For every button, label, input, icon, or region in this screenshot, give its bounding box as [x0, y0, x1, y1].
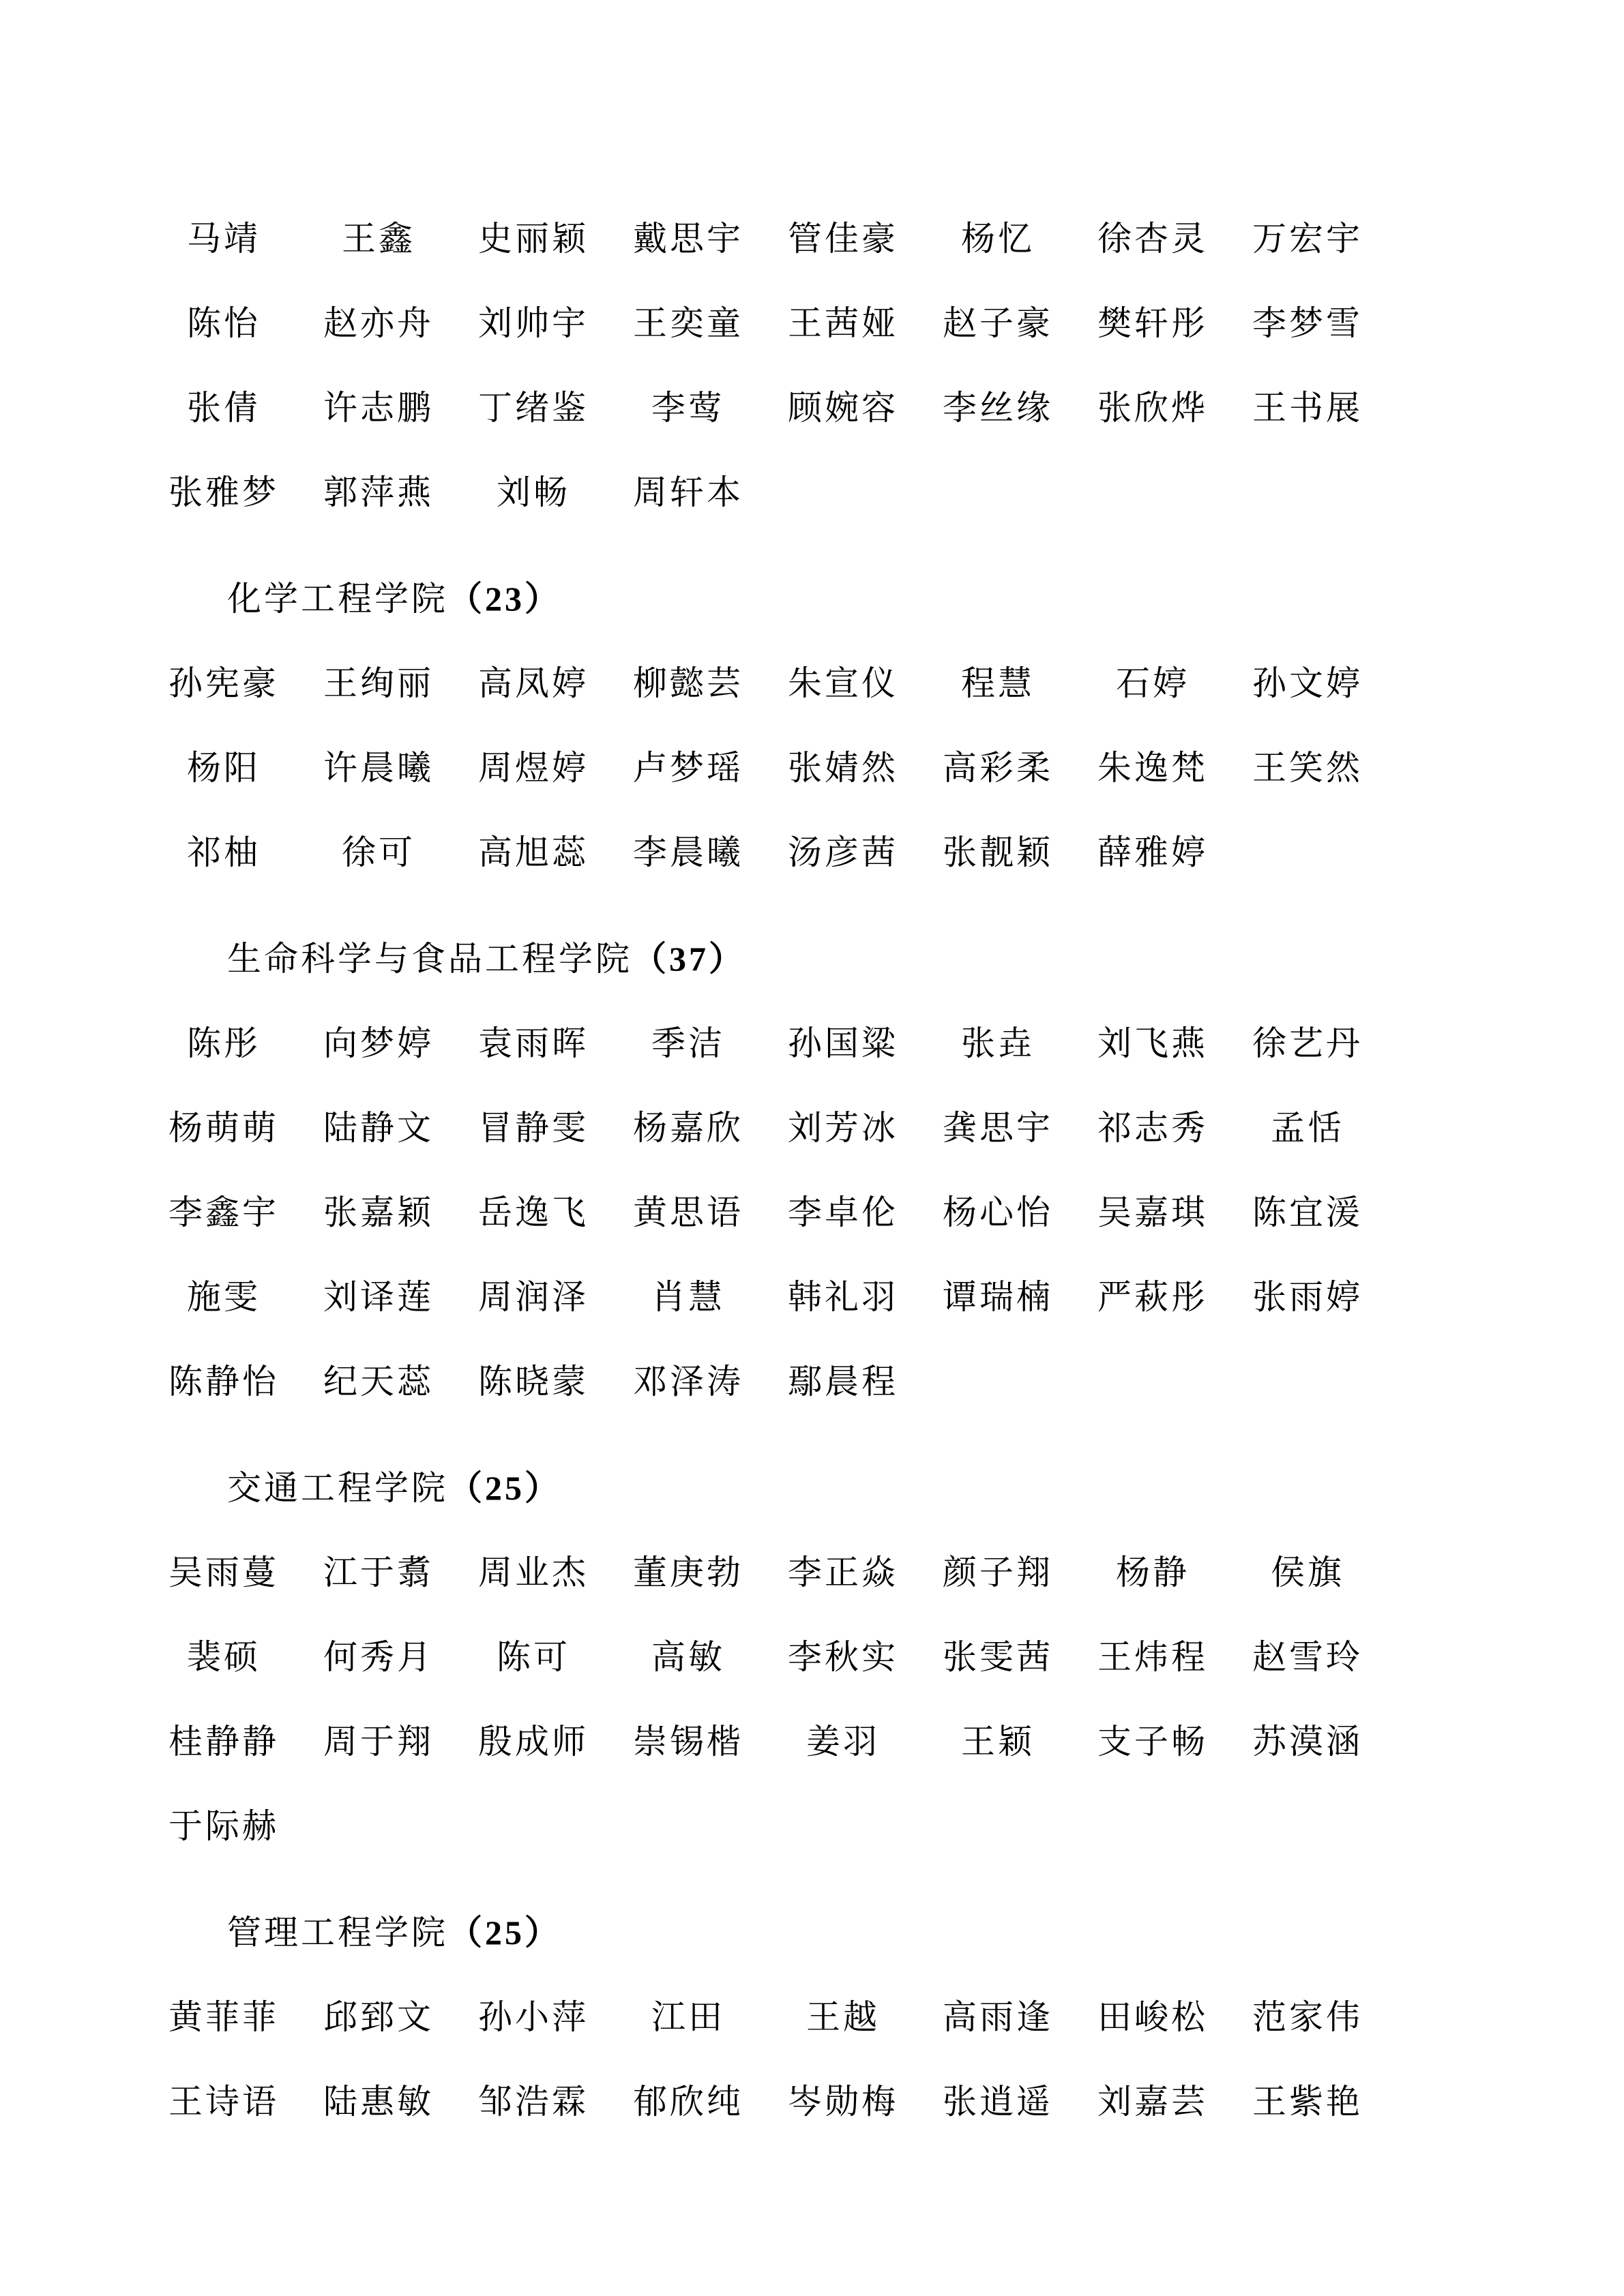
student-name: 纪天蕊: [317, 1354, 440, 1409]
student-name: 桂静静: [162, 1714, 285, 1769]
student-name: 王颖: [936, 1714, 1059, 1769]
name-row: 施雯 刘译莲 周润泽 肖慧 韩礼羽 谭瑞楠 严萩彤 张雨婷: [0, 1270, 1624, 1324]
student-name: 王诗语: [162, 2074, 285, 2129]
student-name: 顾婉容: [782, 381, 904, 435]
student-name: 高敏: [627, 1630, 750, 1684]
section-name: 管理工程学院: [227, 1913, 448, 1952]
student-name: 江田: [627, 1990, 750, 2044]
student-name: 陈可: [472, 1630, 595, 1684]
name-row: 黄菲菲 邱郅文 孙小萍 江田 王越 高雨逢 田峻松 范家伟: [0, 1990, 1624, 2044]
section-title-life-science-food-engineering: 生命科学与食品工程学院（37）: [227, 931, 745, 986]
student-name: 周业杰: [472, 1545, 595, 1600]
student-name: 季洁: [627, 1016, 750, 1071]
student-name: 孙文婷: [1246, 656, 1369, 711]
student-name: 管佳豪: [782, 211, 904, 266]
section-name: 生命科学与食品工程学院: [227, 939, 632, 979]
student-name: 张嘉颖: [317, 1185, 440, 1240]
student-name: 邓泽涛: [627, 1354, 750, 1409]
student-name: 董庚勃: [627, 1545, 750, 1600]
student-name: 李秋实: [782, 1630, 904, 1684]
student-name: 王笑然: [1246, 741, 1369, 795]
student-name: 鄢晨程: [782, 1354, 904, 1409]
student-name: 裴硕: [162, 1630, 285, 1684]
student-name: 樊轩彤: [1091, 296, 1214, 351]
student-name: 李卓伦: [782, 1185, 904, 1240]
name-row: 杨阳 许晨曦 周煜婷 卢梦瑶 张婧然 高彩柔 朱逸梵 王笑然: [0, 741, 1624, 795]
student-name: 许志鹏: [317, 381, 440, 435]
student-name: 王绚丽: [317, 656, 440, 711]
student-name: 杨静: [1091, 1545, 1214, 1600]
section-name: 交通工程学院: [227, 1468, 448, 1508]
section-title-chemical-engineering: 化学工程学院（23）: [227, 571, 561, 626]
student-name: 陈彤: [162, 1016, 285, 1071]
student-name: 黄思语: [627, 1185, 750, 1240]
student-name: 陈晓蒙: [472, 1354, 595, 1409]
student-name: 邹浩霖: [472, 2074, 595, 2129]
student-name: 施雯: [162, 1270, 285, 1324]
name-row: 于际赫: [0, 1799, 1624, 1853]
student-name: 于际赫: [162, 1799, 285, 1853]
student-name: 范家伟: [1246, 1990, 1369, 2044]
student-name: 王书展: [1246, 381, 1369, 435]
student-name: 王越: [782, 1990, 904, 2044]
document-page: 马靖 王鑫 史丽颖 戴思宇 管佳豪 杨忆 徐杏灵 万宏宇 陈怡 赵亦舟 刘帅宇 …: [0, 0, 1624, 2296]
student-name: 刘畅: [472, 465, 595, 520]
name-row: 陈彤 向梦婷 袁雨晖 季洁 孙国粱 张垚 刘飞燕 徐艺丹: [0, 1016, 1624, 1071]
student-name: 徐可: [317, 825, 440, 880]
student-name: 张靓颖: [936, 825, 1059, 880]
student-name: 江于翥: [317, 1545, 440, 1600]
student-name: 陈怡: [162, 296, 285, 351]
student-name: 张婧然: [782, 741, 904, 795]
student-name: 龚思宇: [936, 1101, 1059, 1155]
student-name: 杨忆: [936, 211, 1059, 266]
student-name: 王奕童: [627, 296, 750, 351]
name-row: 张倩 许志鹏 丁绪鉴 李莺 顾婉容 李丝缘 张欣烨 王书展: [0, 381, 1624, 435]
student-name: 卢梦瑶: [627, 741, 750, 795]
name-row: 李鑫宇 张嘉颖 岳逸飞 黄思语 李卓伦 杨心怡 吴嘉琪 陈宜湲: [0, 1185, 1624, 1240]
student-name: 张雨婷: [1246, 1270, 1369, 1324]
student-name: 石婷: [1091, 656, 1214, 711]
name-row: 陈静怡 纪天蕊 陈晓蒙 邓泽涛 鄢晨程: [0, 1354, 1624, 1409]
student-name: 孙国粱: [782, 1016, 904, 1071]
student-name: 刘飞燕: [1091, 1016, 1214, 1071]
student-name: 张欣烨: [1091, 381, 1214, 435]
student-name: 丁绪鉴: [472, 381, 595, 435]
section-count: （25）: [448, 1913, 561, 1952]
student-name: 苏漠涵: [1246, 1714, 1369, 1769]
student-name: 王紫艳: [1246, 2074, 1369, 2129]
student-name: 孙宪豪: [162, 656, 285, 711]
section-count: （37）: [632, 940, 745, 978]
student-name: 王炜程: [1091, 1630, 1214, 1684]
student-name: 李梦雪: [1246, 296, 1369, 351]
student-name: 周煜婷: [472, 741, 595, 795]
student-name: 朱逸梵: [1091, 741, 1214, 795]
student-name: 陆惠敏: [317, 2074, 440, 2129]
student-name: 张垚: [936, 1016, 1059, 1071]
student-name: 颜子翔: [936, 1545, 1059, 1600]
student-name: 杨阳: [162, 741, 285, 795]
student-name: 李莺: [627, 381, 750, 435]
student-name: 杨嘉欣: [627, 1101, 750, 1155]
student-name: 徐杏灵: [1091, 211, 1214, 266]
name-row: 陈怡 赵亦舟 刘帅宇 王奕童 王茜娅 赵子豪 樊轩彤 李梦雪: [0, 296, 1624, 351]
name-row: 马靖 王鑫 史丽颖 戴思宇 管佳豪 杨忆 徐杏灵 万宏宇: [0, 211, 1624, 266]
student-name: 孟恬: [1246, 1101, 1369, 1155]
name-row: 裴硕 何秀月 陈可 高敏 李秋实 张雯茜 王炜程 赵雪玲: [0, 1630, 1624, 1684]
student-name: 张逍遥: [936, 2074, 1059, 2129]
student-name: 周轩本: [627, 465, 750, 520]
student-name: 许晨曦: [317, 741, 440, 795]
student-name: 殷成师: [472, 1714, 595, 1769]
student-name: 刘帅宇: [472, 296, 595, 351]
student-name: 马靖: [162, 211, 285, 266]
student-name: 肖慧: [627, 1270, 750, 1324]
student-name: 郭萍燕: [317, 465, 440, 520]
name-row: 桂静静 周于翔 殷成师 崇锡楷 姜羽 王颖 支子畅 苏漠涵: [0, 1714, 1624, 1769]
student-name: 张倩: [162, 381, 285, 435]
student-name: 郁欣纯: [627, 2074, 750, 2129]
student-name: 陆静文: [317, 1101, 440, 1155]
name-row: 祁柚 徐可 高旭蕊 李晨曦 汤彦茜 张靓颖 薛雅婷: [0, 825, 1624, 880]
student-name: 刘译莲: [317, 1270, 440, 1324]
name-row: 张雅梦 郭萍燕 刘畅 周轩本: [0, 465, 1624, 520]
student-name: 王茜娅: [782, 296, 904, 351]
student-name: 黄菲菲: [162, 1990, 285, 2044]
student-name: 高凤婷: [472, 656, 595, 711]
student-name: 徐艺丹: [1246, 1016, 1369, 1071]
student-name: 程慧: [936, 656, 1059, 711]
student-name: 王鑫: [317, 211, 440, 266]
student-name: 刘芳冰: [782, 1101, 904, 1155]
student-name: 姜羽: [782, 1714, 904, 1769]
name-row: 王诗语 陆惠敏 邹浩霖 郁欣纯 岑勋梅 张逍遥 刘嘉芸 王紫艳: [0, 2074, 1624, 2129]
student-name: 侯旗: [1246, 1545, 1369, 1600]
student-name: 史丽颖: [472, 211, 595, 266]
student-name: 谭瑞楠: [936, 1270, 1059, 1324]
student-name: 孙小萍: [472, 1990, 595, 2044]
section-title-transportation-engineering: 交通工程学院（25）: [227, 1461, 561, 1515]
student-name: 崇锡楷: [627, 1714, 750, 1769]
student-name: 李丝缘: [936, 381, 1059, 435]
student-name: 吴雨蔓: [162, 1545, 285, 1600]
student-name: 高旭蕊: [472, 825, 595, 880]
student-name: 朱宣仪: [782, 656, 904, 711]
student-name: 祁志秀: [1091, 1101, 1214, 1155]
student-name: 柳懿芸: [627, 656, 750, 711]
student-name: 吴嘉琪: [1091, 1185, 1214, 1240]
student-name: 赵雪玲: [1246, 1630, 1369, 1684]
section-count: （23）: [448, 580, 561, 618]
student-name: 严萩彤: [1091, 1270, 1214, 1324]
student-name: 薛雅婷: [1091, 825, 1214, 880]
student-name: 何秀月: [317, 1630, 440, 1684]
student-name: 赵子豪: [936, 296, 1059, 351]
student-name: 杨萌萌: [162, 1101, 285, 1155]
student-name: 万宏宇: [1246, 211, 1369, 266]
student-name: 张雯茜: [936, 1630, 1059, 1684]
section-count: （25）: [448, 1469, 561, 1507]
student-name: 岳逸飞: [472, 1185, 595, 1240]
student-name: 岑勋梅: [782, 2074, 904, 2129]
student-name: 祁柚: [162, 825, 285, 880]
student-name: 张雅梦: [162, 465, 285, 520]
section-title-management-engineering: 管理工程学院（25）: [227, 1905, 561, 1960]
student-name: 田峻松: [1091, 1990, 1214, 2044]
student-name: 汤彦茜: [782, 825, 904, 880]
student-name: 周润泽: [472, 1270, 595, 1324]
student-name: 李正焱: [782, 1545, 904, 1600]
student-name: 杨心怡: [936, 1185, 1059, 1240]
student-name: 冒静雯: [472, 1101, 595, 1155]
section-name: 化学工程学院: [227, 579, 448, 618]
student-name: 袁雨晖: [472, 1016, 595, 1071]
student-name: 李鑫宇: [162, 1185, 285, 1240]
student-name: 戴思宇: [627, 211, 750, 266]
student-name: 李晨曦: [627, 825, 750, 880]
student-name: 高彩柔: [936, 741, 1059, 795]
name-row: 吴雨蔓 江于翥 周业杰 董庚勃 李正焱 颜子翔 杨静 侯旗: [0, 1545, 1624, 1600]
student-name: 韩礼羽: [782, 1270, 904, 1324]
student-name: 邱郅文: [317, 1990, 440, 2044]
student-name: 高雨逢: [936, 1990, 1059, 2044]
student-name: 陈静怡: [162, 1354, 285, 1409]
name-row: 杨萌萌 陆静文 冒静雯 杨嘉欣 刘芳冰 龚思宇 祁志秀 孟恬: [0, 1101, 1624, 1155]
student-name: 陈宜湲: [1246, 1185, 1369, 1240]
student-name: 刘嘉芸: [1091, 2074, 1214, 2129]
student-name: 周于翔: [317, 1714, 440, 1769]
student-name: 向梦婷: [317, 1016, 440, 1071]
student-name: 支子畅: [1091, 1714, 1214, 1769]
name-row: 孙宪豪 王绚丽 高凤婷 柳懿芸 朱宣仪 程慧 石婷 孙文婷: [0, 656, 1624, 711]
student-name: 赵亦舟: [317, 296, 440, 351]
